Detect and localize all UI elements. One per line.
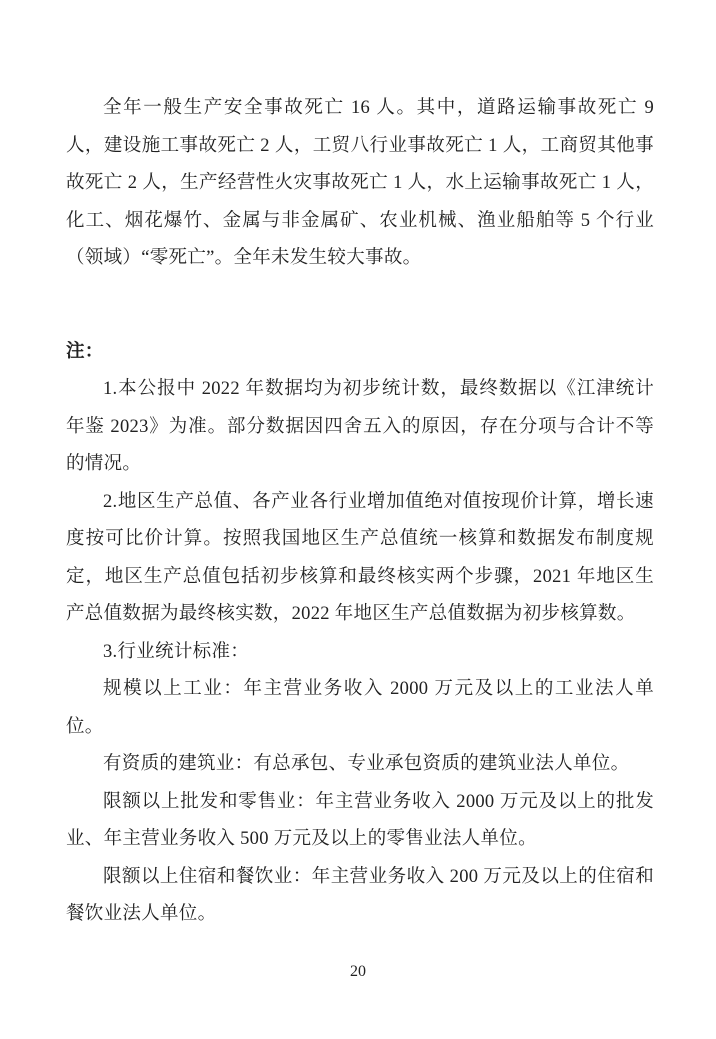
standard-construction-enterprises: 有资质的建筑业：有总承包、专业承包资质的建筑业法人单位。 [66, 746, 654, 784]
note-industry-standards-heading: 3.行业统计标准： [66, 634, 654, 672]
notes-label: 注： [66, 334, 654, 372]
page-number: 20 [350, 963, 366, 980]
notes-section: 注： 1.本公报中 2022 年数据均为初步统计数，最终数据以《江津统计年鉴 2… [66, 334, 654, 934]
note-preliminary-statistics: 1.本公报中 2022 年数据均为初步统计数，最终数据以《江津统计年鉴 2023… [66, 371, 654, 484]
paragraph-safety-accidents: 全年一般生产安全事故死亡 16 人。其中，道路运输事故死亡 9 人，建设施工事故… [66, 90, 654, 278]
note-gdp-calculation: 2.地区生产总值、各产业各行业增加值绝对值按现价计算，增长速度按可比价计算。按照… [66, 484, 654, 634]
standard-wholesale-retail: 限额以上批发和零售业：年主营业务收入 2000 万元及以上的批发业、年主营业务收… [66, 784, 654, 859]
page-footer: 20 [0, 960, 716, 984]
document-content: 全年一般生产安全事故死亡 16 人。其中，道路运输事故死亡 9 人，建设施工事故… [66, 90, 654, 934]
standard-hotel-catering: 限额以上住宿和餐饮业：年主营业务收入 200 万元及以上的住宿和餐饮业法人单位。 [66, 859, 654, 934]
standard-industrial-enterprises: 规模以上工业：年主营业务收入 2000 万元及以上的工业法人单位。 [66, 671, 654, 746]
document-page: 全年一般生产安全事故死亡 16 人。其中，道路运输事故死亡 9 人，建设施工事故… [0, 0, 716, 1039]
